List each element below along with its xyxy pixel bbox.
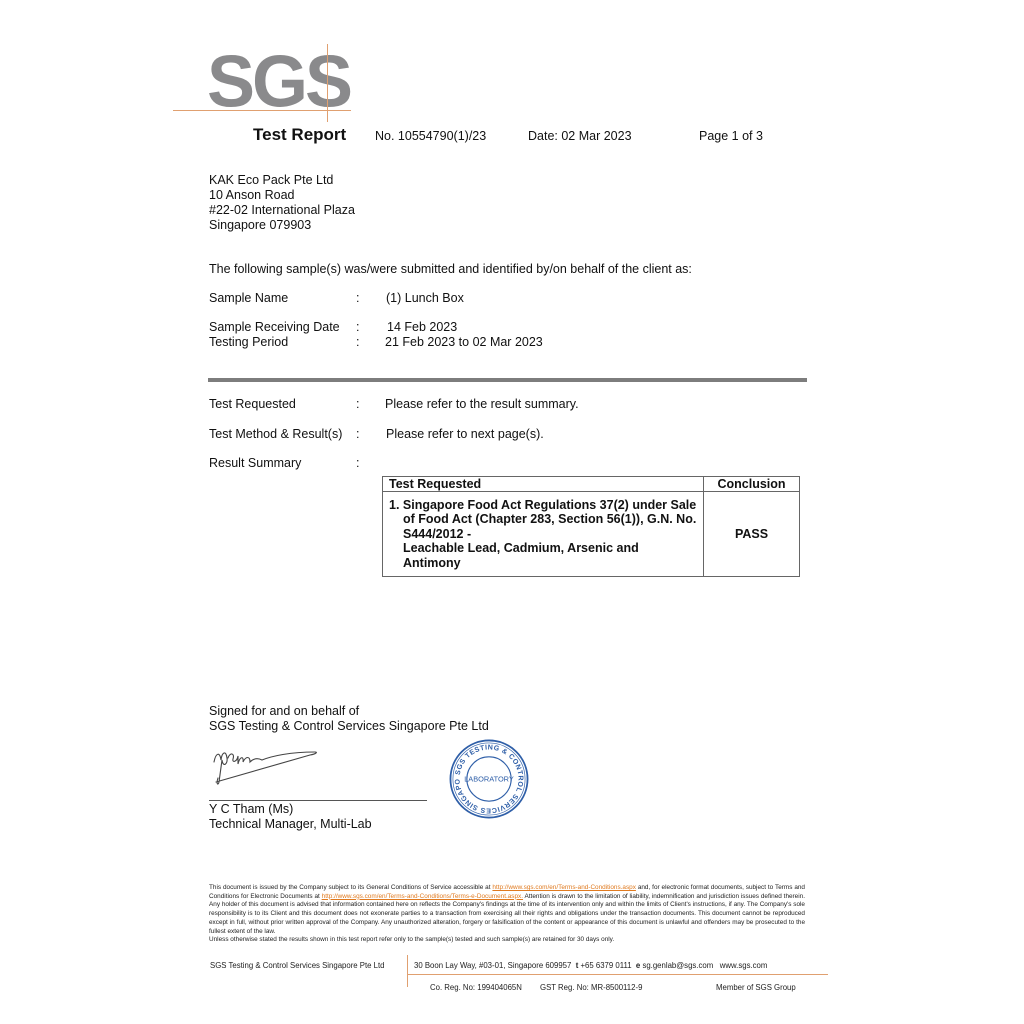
laboratory-stamp: SGS TESTING & CONTROL SERVICES SINGAPORE… <box>448 738 530 820</box>
footer-email[interactable]: sg.genlab@sgs.com <box>642 961 713 970</box>
legal-disclaimer: This document is issued by the Company s… <box>209 884 805 945</box>
signature-image <box>210 744 325 789</box>
table-row: 1. Singapore Food Act Regulations 37(2) … <box>383 492 800 577</box>
report-number: No. 10554790(1)/23 <box>375 129 486 143</box>
logo-accent-line-vertical <box>327 44 328 122</box>
logo-accent-line-horizontal <box>173 110 351 111</box>
company-registration: Co. Reg. No: 199404065N <box>430 983 522 992</box>
field-sep: : <box>356 427 359 442</box>
field-sep: : <box>356 456 359 471</box>
field-value-test-requested: Please refer to the result summary. <box>385 397 579 412</box>
footer-address: 30 Boon Lay Way, #03-01, Singapore 60995… <box>414 961 571 970</box>
report-title: Test Report <box>253 125 346 145</box>
column-header-test-requested: Test Requested <box>383 477 704 492</box>
test-line: 1. Singapore Food Act Regulations 37(2) … <box>389 498 697 513</box>
email-label: e <box>636 961 640 970</box>
terms-e-document-link[interactable]: http://www.sgs.com/en/Terms-and-Conditio… <box>322 893 523 900</box>
tel-label: t <box>576 961 579 970</box>
disclaimer-text: This document is issued by the Company s… <box>209 884 492 891</box>
client-city: Singapore 079903 <box>209 218 355 233</box>
gst-registration: GST Reg. No: MR-8500112-9 <box>540 983 642 992</box>
signing-company: SGS Testing & Control Services Singapore… <box>209 719 489 734</box>
footer-phone: +65 6379 0111 <box>580 961 631 970</box>
field-sep: : <box>356 291 359 306</box>
section-divider <box>208 378 807 382</box>
result-summary-table: Test Requested Conclusion 1. Singapore F… <box>382 476 800 577</box>
client-unit: #22-02 International Plaza <box>209 203 355 218</box>
footer-contact: 30 Boon Lay Way, #03-01, Singapore 60995… <box>414 961 767 970</box>
column-header-conclusion: Conclusion <box>704 477 800 492</box>
page-indicator: Page 1 of 3 <box>699 129 763 143</box>
test-line: Leachable Lead, Cadmium, Arsenic and Ant… <box>389 541 697 570</box>
field-label-test-requested: Test Requested <box>209 397 296 412</box>
field-value-receiving-date: 14 Feb 2023 <box>387 320 457 335</box>
footer-accent-line-vertical <box>407 955 408 987</box>
field-value-testing-period: 21 Feb 2023 to 02 Mar 2023 <box>385 335 543 350</box>
signature-line <box>209 800 427 801</box>
signatory-name: Y C Tham (Ms) <box>209 802 293 817</box>
table-header-row: Test Requested Conclusion <box>383 477 800 492</box>
member-of-group: Member of SGS Group <box>716 983 796 992</box>
field-label-testing-period: Testing Period <box>209 335 288 350</box>
field-label-sample-name: Sample Name <box>209 291 288 306</box>
field-value-sample-name: (1) Lunch Box <box>386 291 464 306</box>
footer-accent-line-horizontal <box>407 974 828 975</box>
field-sep: : <box>356 397 359 412</box>
field-label-test-method: Test Method & Result(s) <box>209 427 342 442</box>
report-date: Date: 02 Mar 2023 <box>528 129 632 143</box>
client-street: 10 Anson Road <box>209 188 355 203</box>
field-label-receiving-date: Sample Receiving Date <box>209 320 340 335</box>
test-requested-cell: 1. Singapore Food Act Regulations 37(2) … <box>383 492 704 577</box>
field-value-test-method: Please refer to next page(s). <box>386 427 544 442</box>
signed-for-text: Signed for and on behalf of <box>209 704 359 719</box>
field-sep: : <box>356 335 359 350</box>
retention-notice: Unless otherwise stated the results show… <box>209 936 805 945</box>
stamp-center-text: LABORATORY <box>464 774 514 783</box>
terms-conditions-link[interactable]: http://www.sgs.com/en/Terms-and-Conditio… <box>492 884 636 891</box>
client-address: KAK Eco Pack Pte Ltd 10 Anson Road #22-0… <box>209 173 355 233</box>
test-line: of Food Act (Chapter 283, Section 56(1))… <box>389 512 697 527</box>
sgs-logo: SGS <box>207 45 350 118</box>
intro-text: The following sample(s) was/were submitt… <box>209 262 692 277</box>
conclusion-cell: PASS <box>704 492 800 577</box>
footer-company: SGS Testing & Control Services Singapore… <box>210 961 385 970</box>
footer-website[interactable]: www.sgs.com <box>720 961 768 970</box>
field-sep: : <box>356 320 359 335</box>
signatory-position: Technical Manager, Multi-Lab <box>209 817 372 832</box>
client-name: KAK Eco Pack Pte Ltd <box>209 173 355 188</box>
test-line: S444/2012 - <box>389 527 697 542</box>
field-label-result-summary: Result Summary <box>209 456 301 471</box>
